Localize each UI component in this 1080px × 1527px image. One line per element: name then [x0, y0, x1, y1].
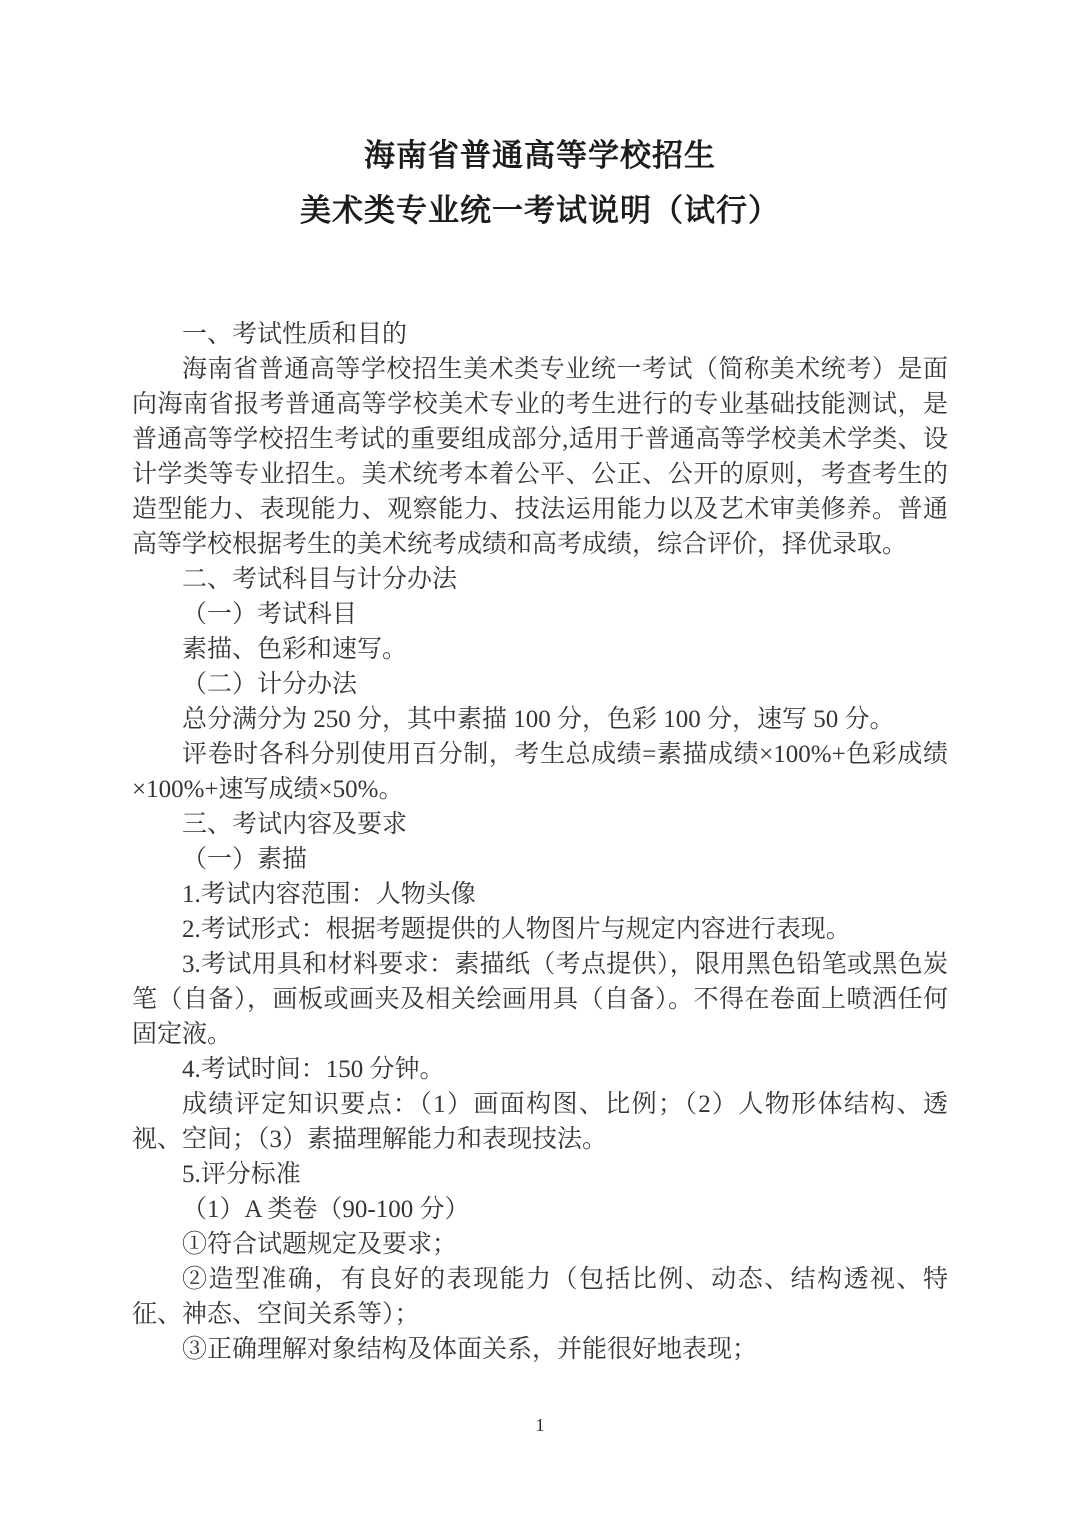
para-sketch-evaluation-points: 成绩评定知识要点：（1）画面构图、比例；（2）人物形体结构、透视、空间；（3）素…	[132, 1087, 948, 1157]
para-sketch-scoring-standard: 5.评分标准	[132, 1157, 948, 1192]
para-grading-formula: 评卷时各科分别使用百分制，考生总成绩=素描成绩×100%+色彩成绩×100%+速…	[132, 737, 948, 807]
heading-section-1: 一、考试性质和目的	[132, 317, 948, 352]
heading-section-3: 三、考试内容及要求	[132, 807, 948, 842]
para-sketch-format: 2.考试形式：根据考题提供的人物图片与规定内容进行表现。	[132, 912, 948, 947]
document-title: 海南省普通高等学校招生 美术类专业统一考试说明（试行）	[0, 0, 1080, 229]
document-title-line-1: 海南省普通高等学校招生	[0, 138, 1080, 174]
document-page: 海南省普通高等学校招生 美术类专业统一考试说明（试行） 一、考试性质和目的 海南…	[0, 0, 1080, 1527]
subheading-sketch: （一）素描	[132, 842, 948, 877]
para-exam-nature: 海南省普通高等学校招生美术类专业统一考试（简称美术统考）是面向海南省报考普通高等…	[132, 352, 948, 562]
para-grade-a-criterion-3: ③正确理解对象结构及体面关系，并能很好地表现；	[132, 1332, 948, 1367]
para-grade-a-criterion-2: ②造型准确，有良好的表现能力（包括比例、动态、结构透视、特征、神态、空间关系等）…	[132, 1262, 948, 1332]
heading-section-2: 二、考试科目与计分办法	[132, 562, 948, 597]
para-grade-a-range: （1）A 类卷（90-100 分）	[132, 1192, 948, 1227]
subheading-scoring-method: （二）计分办法	[132, 667, 948, 702]
para-grade-a-criterion-1: ①符合试题规定及要求；	[132, 1227, 948, 1262]
para-sketch-materials: 3.考试用具和材料要求：素描纸（考点提供），限用黑色铅笔或黑色炭笔（自备），画板…	[132, 947, 948, 1052]
document-body: 一、考试性质和目的 海南省普通高等学校招生美术类专业统一考试（简称美术统考）是面…	[132, 317, 948, 1367]
subheading-exam-subjects: （一）考试科目	[132, 597, 948, 632]
para-sketch-duration: 4.考试时间：150 分钟。	[132, 1052, 948, 1087]
page-number: 1	[0, 1415, 1080, 1435]
para-sketch-content: 1.考试内容范围：人物头像	[132, 877, 948, 912]
para-total-score: 总分满分为 250 分，其中素描 100 分，色彩 100 分，速写 50 分。	[132, 702, 948, 737]
para-exam-subjects: 素描、色彩和速写。	[132, 632, 948, 667]
document-title-line-2: 美术类专业统一考试说明（试行）	[0, 193, 1080, 229]
